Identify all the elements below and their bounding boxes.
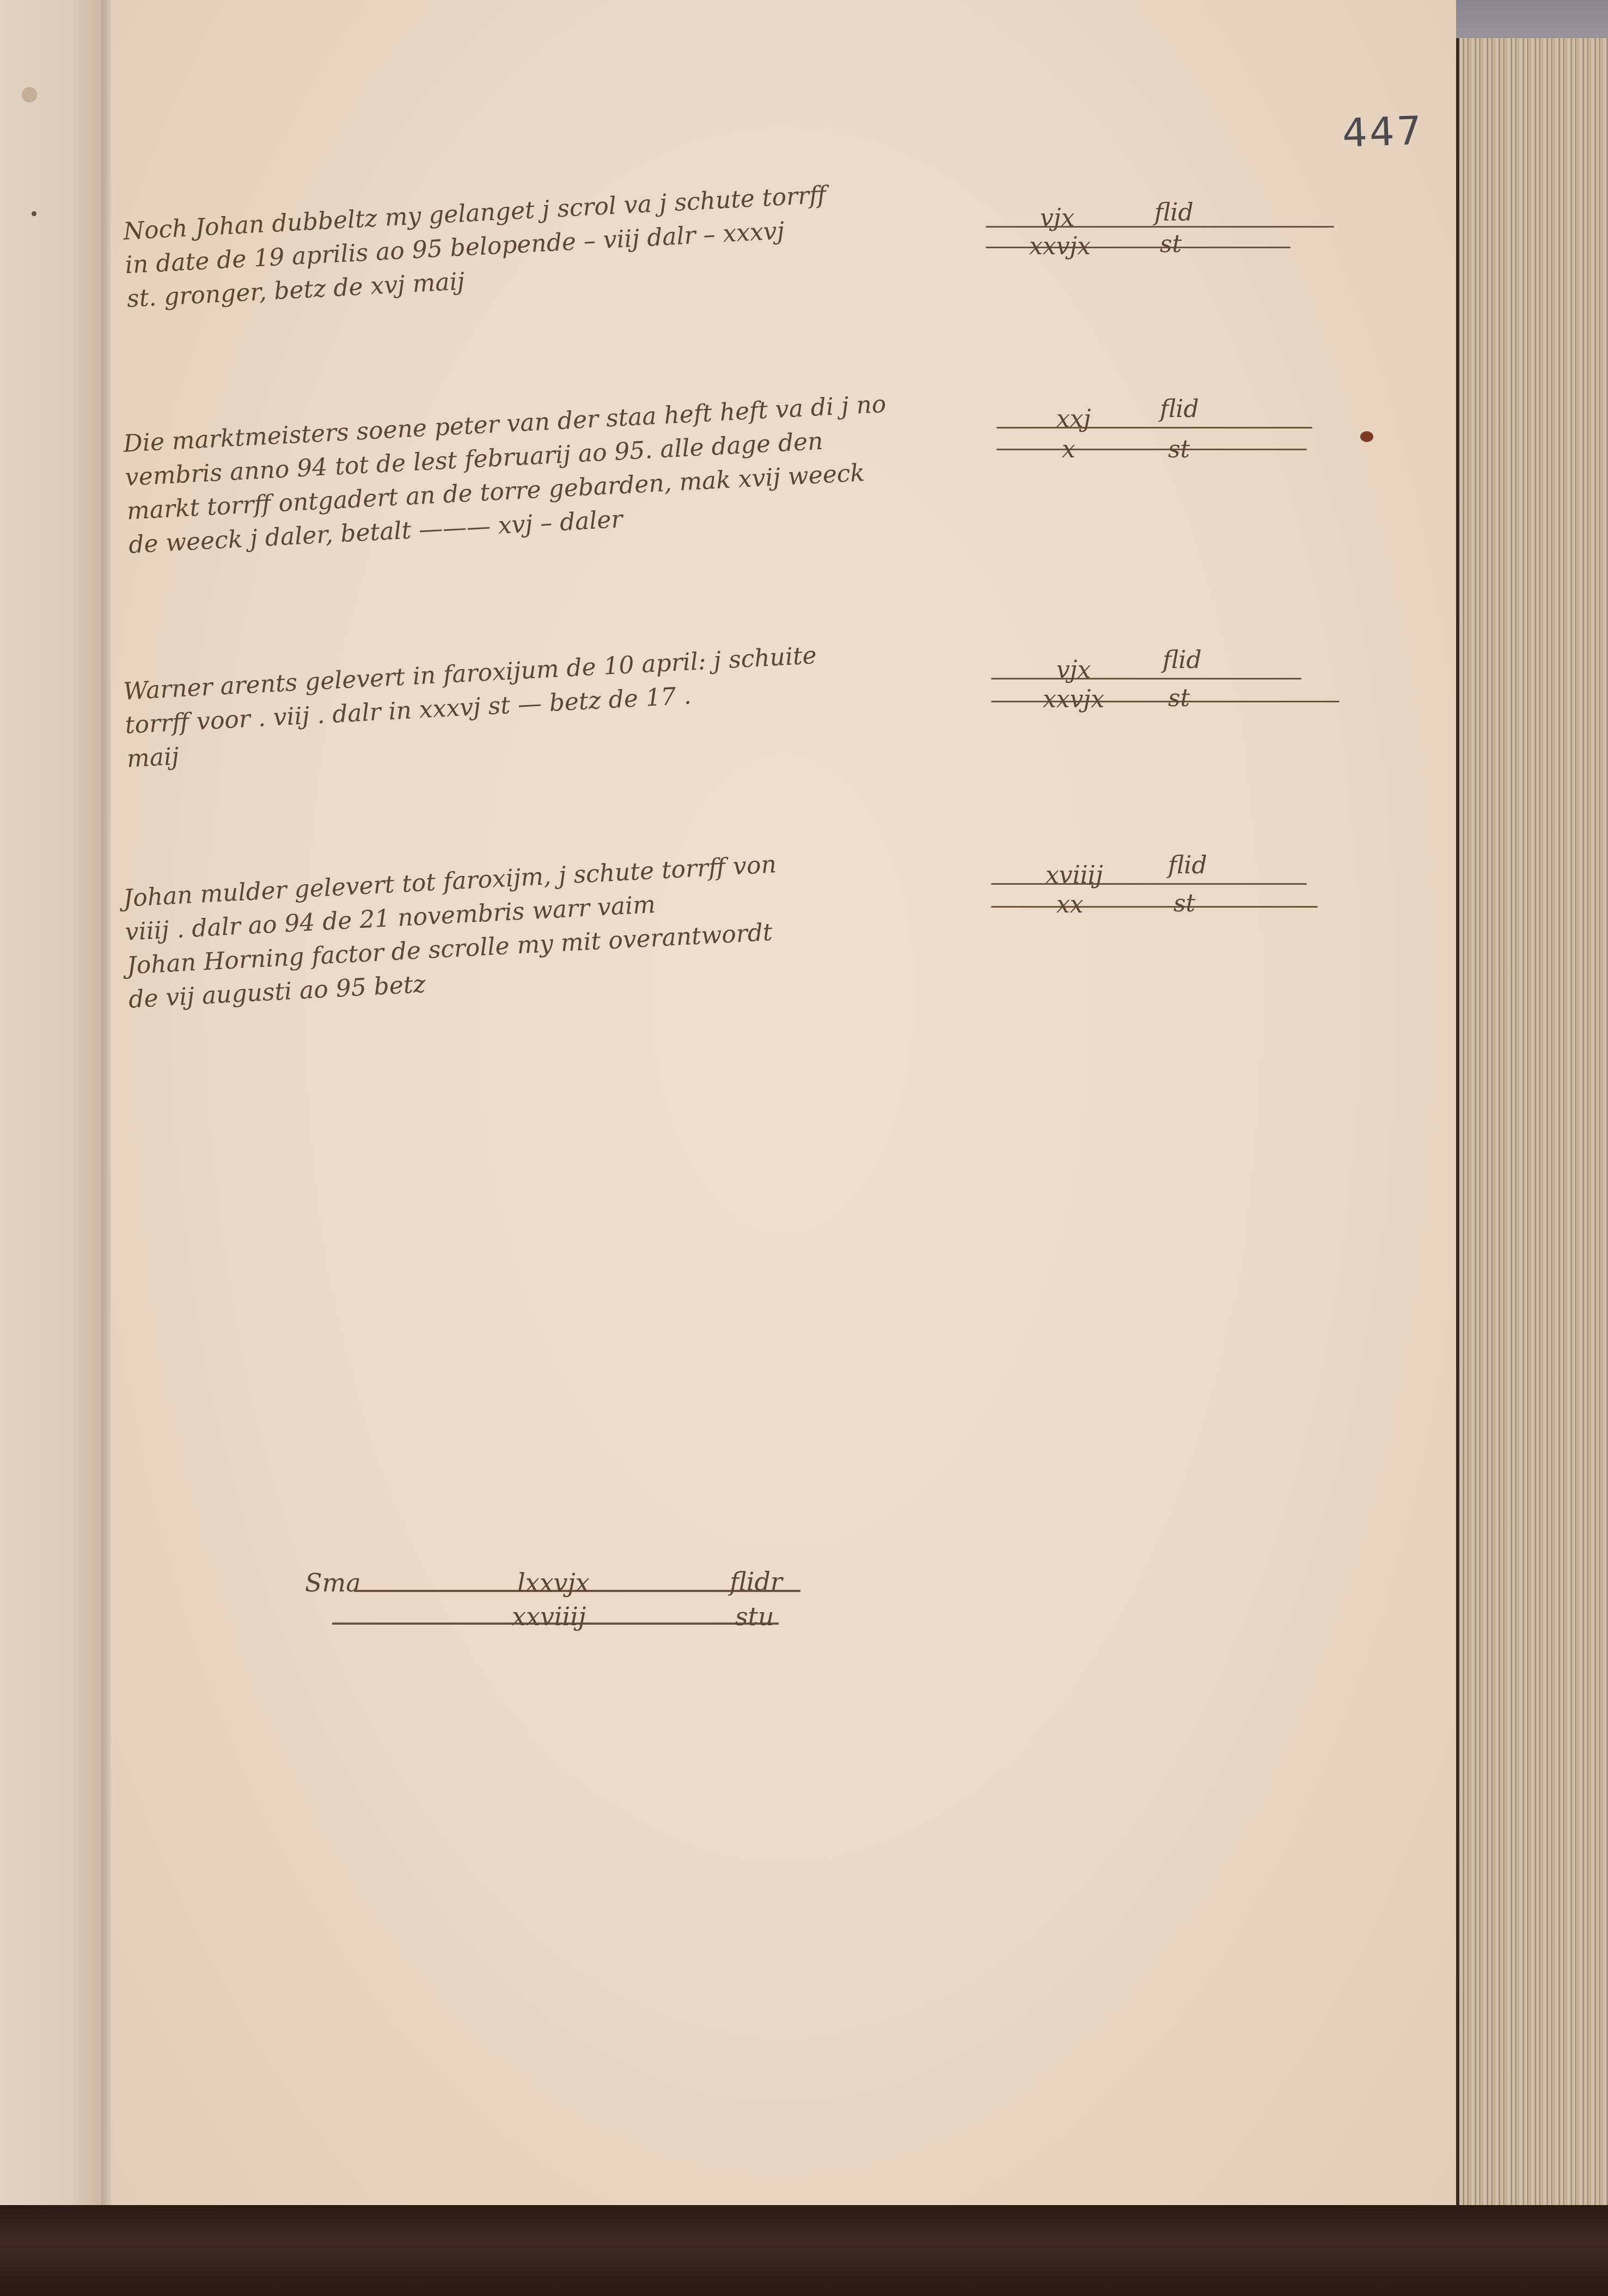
amount-bottom-value: x [1062,436,1075,463]
amount-top-value: vjx [1040,204,1074,232]
total-top-unit: flidr [730,1567,782,1596]
amount-bottom-value: xx [1056,891,1084,919]
manuscript-page [111,0,1456,2211]
ink-speck [32,211,36,216]
folio-number: 447 [1342,107,1424,156]
entry-amount-2: xxj flid x st [980,403,1334,468]
ink-blot [1360,431,1373,442]
amount-top-value: vjx [1056,656,1091,684]
facing-page-left [0,0,103,2211]
amount-rule [996,449,1307,450]
amount-bottom-unit: st [1160,230,1182,258]
amount-top-value: xxj [1056,405,1091,433]
amount-bottom-unit: st [1168,684,1190,712]
amount-top-value: xviiij [1045,861,1103,889]
total-bottom-value: xxviiij [512,1602,586,1631]
entry-amount-1: vjx flid xxvjx st [980,204,1334,270]
amount-bottom-unit: st [1173,890,1195,917]
page-edges-stack [1459,38,1608,2216]
amount-rule [991,906,1318,908]
entry-amount-4: xviiij flid xx st [980,855,1334,920]
amount-top-unit: flid [1160,395,1199,423]
amount-top-unit: flid [1154,199,1194,226]
amount-top-unit: flid [1168,852,1207,879]
amount-bottom-unit: st [1168,436,1190,463]
amount-bottom-value: xxvjx [1043,685,1104,713]
ledger-total: Sma lxxvjx flidr xxviiij stu [305,1552,822,1639]
total-bottom-unit: stu [735,1602,774,1631]
stain [22,87,37,102]
amount-bottom-value: xxvjx [1029,232,1091,260]
amount-rule [991,678,1301,679]
amount-rule [991,883,1307,885]
entry-amount-3: vjx flid xxvjx st [980,651,1334,716]
binding-shadow-bottom [0,2205,1608,2296]
amount-top-unit: flid [1163,646,1202,674]
amount-rule [996,427,1312,428]
total-label: Sma [305,1568,361,1597]
book-gutter [101,0,111,2211]
total-top-value: lxxvjx [517,1568,590,1597]
